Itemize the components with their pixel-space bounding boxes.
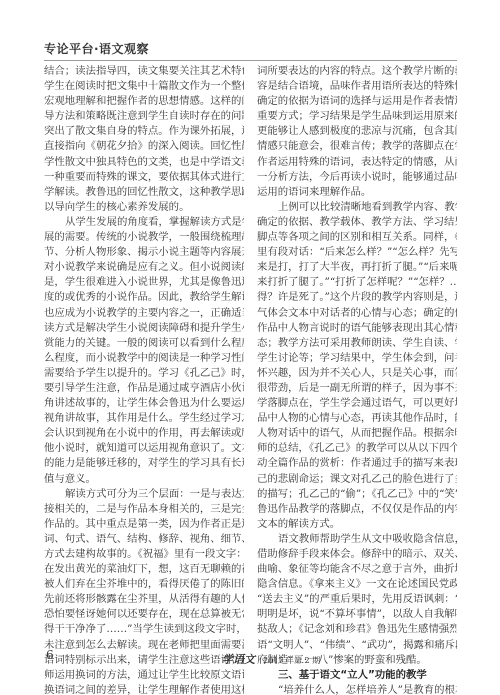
text-line: 作品中人物言说时的语气能够表现出其心情和心: [257, 321, 457, 336]
left-text-column: 结合；读法指导四，读文集要关注其艺术特色，引导 学生在阅读时把文集中十篇散文作为…: [44, 64, 244, 695]
text-line: 得干干净净了……”当学生读到这段文字时，可能并: [44, 622, 244, 637]
text-line: 接相关的，二是与作品本身相关的，三是完全外部于: [44, 502, 244, 517]
text-line: 态；教学方法可采用教师朗读、学生自读、学生表演、: [257, 336, 457, 351]
text-line: 挞敌人；《记念刘和珍君》鲁迅先生感情强烈地用反: [257, 622, 457, 637]
text-line: 很带劲，后是一副无所谓的样子，因为事不关己；教: [257, 381, 457, 396]
text-line: 学落脚点在，学生学会通过语气，可以更好地理解作: [257, 396, 457, 411]
text-line: 品中人物的心情与心态，再读其他作品时，能够注意: [257, 411, 457, 426]
text-line: 人物对话中的语气，从而把握作品。根据余映潮老: [257, 426, 457, 441]
text-line: 需要给予学生以提升的。学习《孔乙己》时，教师就: [44, 366, 244, 381]
text-line: 曲喻、象征等均能含不尽之意于言外，曲折地表达出: [257, 562, 457, 577]
text-line: 换语词之间的差异，让学生理解作者使用这样的语: [44, 683, 244, 695]
journal-name: 学语文: [222, 653, 255, 666]
text-line: 重要方式；学习结果是学生品味到运用原来的语词: [257, 109, 457, 124]
text-line: 会认识到视角在小说中的作用，再去解读或欣赏其: [44, 426, 244, 441]
text-line: 借助修辞手段来体会。修辞中的暗示、双关、反语、: [257, 547, 457, 562]
text-line: 要引导学生注意，作品是通过咸亨酒店小伙计的视: [44, 381, 244, 396]
text-line: 脚点等各项之间的区别和相互关系。同样，《孔乙己》: [257, 230, 457, 245]
text-line: 确定的依据为语词的选择与运用是作者表情达意的: [257, 94, 457, 109]
paragraph-start: “培养什么人，怎样培养人”是教育的根本问题: [257, 683, 457, 695]
text-line: 学生讨论等；学习结果中，学生体会到，问者好奇，满: [257, 351, 457, 366]
text-line: 宏观地理解和把握作者的思想情感。这样的阅读指: [44, 94, 244, 109]
text-line: 里有段对话：“后来怎么样？”“怎么样？先写服辩，后: [257, 245, 457, 260]
text-line: 展的需要。传统的小说教学，一般围绕梳理故事情: [44, 230, 244, 245]
section-title: 专论平台·语文观察: [44, 40, 149, 57]
paragraph-start: 上例可以比较清晰地看到教学内容、教学内容: [257, 200, 457, 215]
page-footer: 6 学语文 2017 年第 2 期: [44, 648, 457, 662]
text-line: 以导向学生的核心素养发展的。: [44, 200, 244, 215]
text-line: 角讲述故事的，让学生体会鲁迅为什么要运用这一: [44, 396, 244, 411]
journal-info: 学语文 2017 年第 2 期: [222, 648, 320, 667]
text-line: 确定的依据、教学载体、教学方法、学习结果、教学落: [257, 215, 457, 230]
text-line: 怀兴趣，因为并不关心人，只是关心事，而答者先是: [257, 366, 457, 381]
text-line: 运用的语词来理解作品。: [257, 185, 457, 200]
text-line: 读方式是解决学生小说阅读障碍和提升学生小说欣: [44, 321, 244, 336]
paragraph-start: 从学生发展的角度看，掌握解读方式是学生发: [44, 215, 244, 230]
text-line: 也应成为小说教学的主要内容之一，正确适当的解: [44, 306, 244, 321]
text-line: 一种重要而特殊的课文，要依据其体式进行文本教: [44, 170, 244, 185]
page-header: 专论平台·语文观察: [44, 40, 457, 61]
text-line: 直接指向《朝花夕拾》的深入阅读。回忆性散文是文: [44, 139, 244, 154]
text-line: 容是结合语境，品味作者用语所表达的特殊情感；其: [257, 79, 457, 94]
paragraph-start: 解读方式可分为三个层面：一是与表达方式直: [44, 487, 244, 502]
text-line: 词、句式、语气、结构、修辞、视角、细节、方法等表达: [44, 532, 244, 547]
text-line: 值与意义。: [44, 472, 244, 487]
text-line: 视角讲故事，其作用是什么。学生经过学习之后，就: [44, 411, 244, 426]
text-line: 来打折了腿了。”“打折了怎样呢？”“怎样？……谁晓: [257, 275, 457, 290]
text-line: 气体会文本中对话者的心情与心态；确定的依据是，: [257, 306, 457, 321]
text-line: 明明是坏，说“不算坏事情”，以敌人自我解嘲的话鞭: [257, 607, 457, 622]
text-line: 度的或优秀的小说作品。因此，教给学生解读方式: [44, 290, 244, 305]
text-line: 导方法和策略既注意到学生自读时存在的问题，又: [44, 109, 244, 124]
text-line: 作者运用特殊的语词，表达特定的情感，从而学会这: [257, 155, 457, 170]
text-line: 突出了散文集自身的特点。作为课外拓展，还可以: [44, 124, 244, 139]
section-heading: 三、基于语文“立人”功能的教学: [257, 668, 457, 683]
text-line: 隐含信息。《拿来主义》一文在论述国民党政府实行: [257, 577, 457, 592]
text-line: 的描写；孔乙己的“偷”；《孔乙己》中的“笑”。可见，: [257, 487, 457, 502]
text-line: 先前还将形骸露在尘芥里，从活得有趣的人们看来，: [44, 592, 244, 607]
text-line: 更能够让人感到极度的悲凉与沉痛，包含其间复杂: [257, 124, 457, 139]
text-line: 的能力是能够迁移的，对学生的学习具有长远的价: [44, 456, 244, 471]
text-line: 一分析方法，今后再读小说时，能够通过品味作者所: [257, 170, 457, 185]
text-line: 情感只能意会，很难言传；教学的落脚点在学生明白: [257, 139, 457, 154]
text-line: 是，学生很难进入小说世界，尤其是像鲁迅这样有难: [44, 275, 244, 290]
text-line: 作品的。其中重点是第一类，因为作者正是通过语: [44, 517, 244, 532]
text-line: 来是打，打了大半夜，再打折了腿。”“后来呢？”“后: [257, 260, 457, 275]
text-line: 节、分析人物形象、揭示小说主题等内容展开，这些: [44, 245, 244, 260]
text-line: 方式去建构故事的。《祝福》里有一段文字：“我独坐: [44, 547, 244, 562]
journal-issue: 2017 年第 2 期: [263, 656, 320, 665]
text-line: 文本的解读方式。: [257, 517, 457, 532]
right-text-column: 词所要表达的内容的特点。这个教学片断的教学内 容是结合语境，品味作者用语所表达的…: [257, 64, 457, 695]
text-line: 赏能力的关键。一般的阅读可以看到什么程度是什: [44, 336, 244, 351]
text-line: 词所要表达的内容的特点。这个教学片断的教学内: [257, 64, 457, 79]
text-line: 么程度，而小说教学中的阅读是一种学习性阅读，是: [44, 351, 244, 366]
text-line: 动全篇作品的赏析：作者通过手的描写来表现孔乙: [257, 456, 457, 471]
text-line: “送去主义”的严重后果时，先用反语讽刺：“送出去”: [257, 592, 457, 607]
text-line: 恐怕要怪讶她何以还要存在，现在总算被无常打扫: [44, 607, 244, 622]
text-line: 得？许是死了。”这个片段的教学内容则是，通过语: [257, 290, 457, 305]
text-line: 在发出黄光的菜油灯下，想，这百无聊赖的祥林嫂，: [44, 562, 244, 577]
text-line: 师运用换词的方法，通过让学生比较原文语词与置: [44, 668, 244, 683]
text-line: 鲁迅作品教学的落脚点，不仅仅是作品的内容，还有: [257, 502, 457, 517]
text-line: 对小说教学来说确是应有之义。但小说阅读的现状: [44, 260, 244, 275]
text-line: 师的总结，《孔乙己》的教学可以从以下四个角度带: [257, 441, 457, 456]
text-line: 他小说时，就知道可以运用视角意识了。文本解读: [44, 441, 244, 456]
page-number: 6: [46, 648, 54, 662]
text-line: 学解读。教鲁迅的回忆性散文，这种教学思路是可: [44, 185, 244, 200]
paragraph-start: 语文教师帮助学生从文中吸收隐含信息，可以: [257, 532, 457, 547]
text-line: 学生在阅读时把文集中十篇散文作为一个整体，来: [44, 79, 244, 94]
text-line: 被人们弃在尘芥堆中的，看得厌倦了的陈旧的玩物，: [44, 577, 244, 592]
text-line: 结合；读法指导四，读文集要关注其艺术特色，引导: [44, 64, 244, 79]
text-line: 学性散文中独具特色的文类，也是中学语文教材中: [44, 155, 244, 170]
text-line: 己的悲剧命运；课文对孔乙己的脸色进行了多角度: [257, 472, 457, 487]
